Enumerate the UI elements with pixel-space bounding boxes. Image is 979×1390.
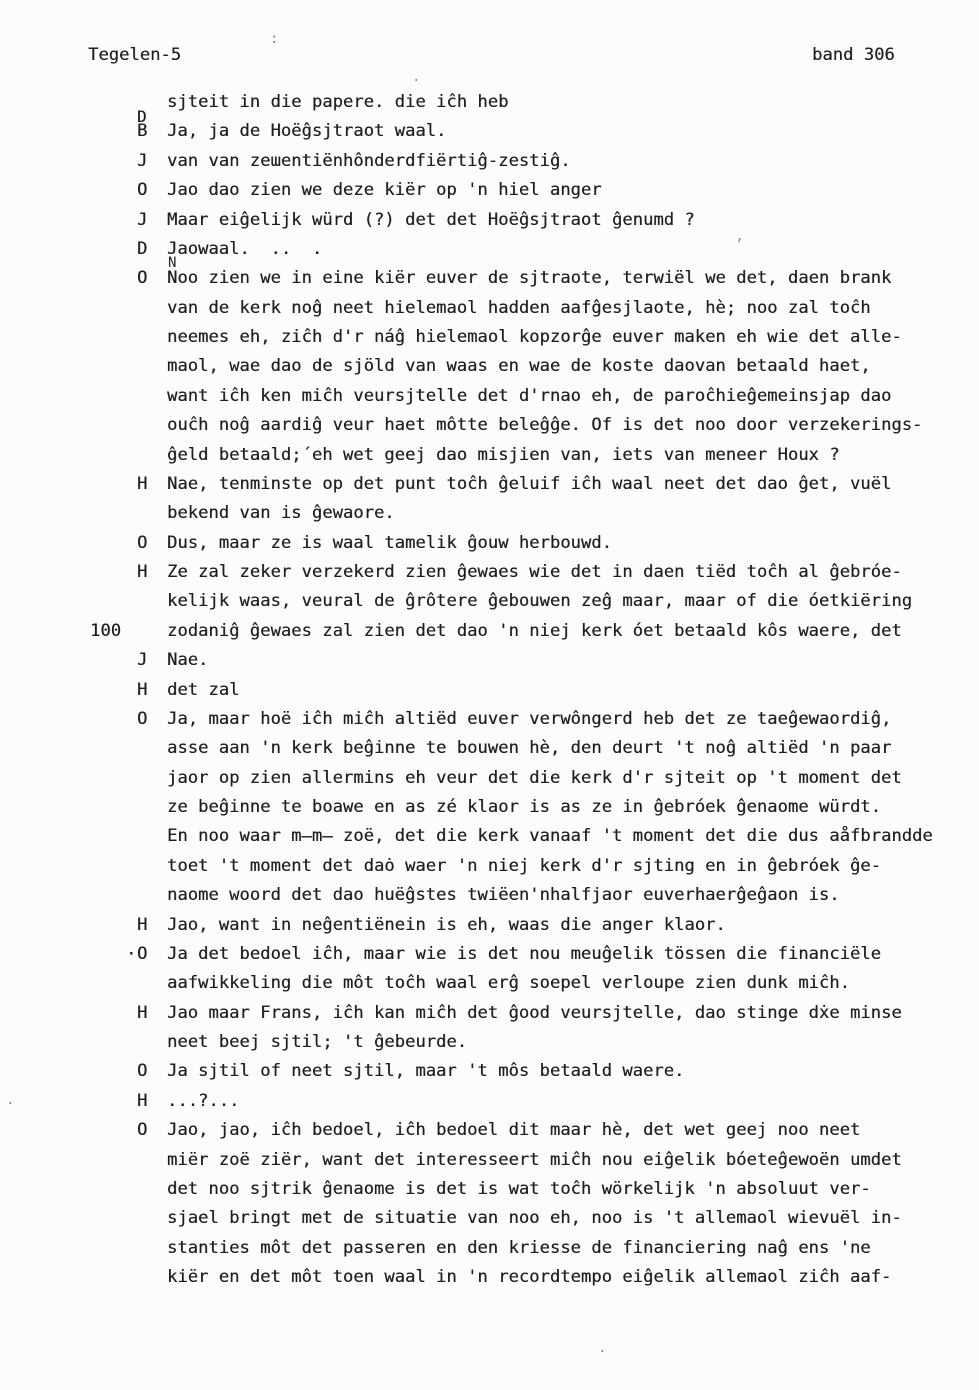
- overstrike-stack: NN: [167, 264, 177, 293]
- speaker-label: O: [137, 1057, 167, 1086]
- line-text: aafwikkeling die môt toĉh waal erĝ soepe…: [167, 973, 850, 993]
- speaker-label: H: [137, 999, 167, 1028]
- line-text: jaor op zien allermins eh veur det die k…: [167, 768, 902, 788]
- dialogue-row: ONNoo zien we in eine kiër euver de sjtr…: [0, 264, 979, 293]
- line-text: van de kerk noĝ neet hielemaol hadden aa…: [167, 298, 871, 318]
- dialogue-row: stanties môt det passeren en den kriesse…: [0, 1234, 979, 1263]
- line-text: Jao, jao, iĉh bedoel, iĉh bedoel dit maa…: [167, 1120, 860, 1140]
- dialogue-row: van de kerk noĝ neet hielemaol hadden aa…: [0, 294, 979, 323]
- line-text: miër zoë ziër, want det interesseert miĉ…: [167, 1150, 902, 1170]
- line-text: naome woord det dao huëĝstes twiëen'nhal…: [167, 885, 840, 905]
- dialogue-row: HZe zal zeker verzekerd zien ĝewaes wie …: [0, 558, 979, 587]
- line-text: det noo sjtrik ĝenaome is det is wat toĉ…: [167, 1179, 871, 1199]
- dialogue-row: det noo sjtrik ĝenaome is det is wat toĉ…: [0, 1175, 979, 1204]
- line-text: det zal: [167, 680, 239, 700]
- speaker-prefix-dot: ·: [126, 940, 136, 969]
- line-text: Nae, tenminste op det punt toĉh ĝeluif i…: [167, 474, 891, 494]
- line-text: ĝeld betaald;´eh wet geej dao misjien va…: [167, 445, 840, 465]
- dialogue-row: En noo waar m̶m̶ zoë, det die kerk vanaa…: [0, 822, 979, 851]
- scan-speck: ’: [735, 238, 743, 252]
- speaker-label: O: [137, 1116, 167, 1145]
- dialogue-row: JMaar eiĝelijk würd (?) det det Hoëĝsjtr…: [0, 206, 979, 235]
- line-text: ...?...: [167, 1091, 239, 1111]
- line-text: asse aan 'n kerk beĝinne te bouwen hè, d…: [167, 738, 891, 758]
- line-text: kiër en det môt toen waal in 'n recordte…: [167, 1267, 891, 1287]
- dialogue-row: HJao maar Frans, iĉh kan miĉh det ĝood v…: [0, 999, 979, 1028]
- dialogue-row: kiër en det môt toen waal in 'n recordte…: [0, 1263, 979, 1292]
- dialogue-row: Hdet zal: [0, 676, 979, 705]
- speaker-label: DB: [137, 117, 167, 146]
- scan-speck: :: [270, 32, 278, 46]
- dialogue-row: neemes eh, ziĉh d'r náĝ hielemaol kopzor…: [0, 323, 979, 352]
- speaker-label: J: [137, 147, 167, 176]
- scan-speck: .: [598, 1341, 606, 1355]
- speaker-label: O: [137, 705, 167, 734]
- dialogue-row: jaor op zien allermins eh veur det die k…: [0, 764, 979, 793]
- dialogue-row: ouĉh noĝ aardiĝ veur haet môtte beleĝĝe.…: [0, 411, 979, 440]
- speaker-label: H: [137, 676, 167, 705]
- line-text: En noo waar m̶m̶ zoë, det die kerk vanaa…: [167, 826, 933, 846]
- dialogue-row: kelijk waas, veural de ĝrôtere ĝebouwen …: [0, 587, 979, 616]
- dialogue-row: OJa, maar hoë iĉh miĉh altiëd euver verw…: [0, 705, 979, 734]
- band-number: band 306: [812, 45, 895, 65]
- line-text: Jaowaal. .. .: [167, 239, 322, 259]
- line-text: Jao maar Frans, iĉh kan miĉh det ĝood ve…: [167, 1003, 902, 1023]
- line-text: neet beej sjtil; 't ĝebeurde.: [167, 1032, 467, 1052]
- overstrike-top-char: N: [168, 256, 177, 270]
- speaker-label: O: [137, 264, 167, 293]
- line-text: Jao dao zien we deze kiër op 'n hiel ang…: [167, 180, 602, 200]
- line-text: zodaniĝ ĝewaes zal zien det dao 'n niej …: [167, 621, 902, 641]
- dialogue-row: ODus, maar ze is waal tamelik ĝouw herbo…: [0, 529, 979, 558]
- dialogue-row: sjteit in die papere. die iĉh heb: [0, 88, 979, 117]
- speaker-label: O: [137, 529, 167, 558]
- dialogue-row: ·OJa det bedoel iĉh, maar wie is det nou…: [0, 940, 979, 969]
- dialogue-row: want iĉh ken miĉh veursjtelle det d'rnao…: [0, 382, 979, 411]
- dialogue-row: Jvan van zeɯentiënhônderdfiërtiĝ-zestiĝ.: [0, 147, 979, 176]
- line-text: sjael bringt met de situatie van noo eh,…: [167, 1208, 902, 1228]
- dialogue-row: aafwikkeling die môt toĉh waal erĝ soepe…: [0, 969, 979, 998]
- dialogue-row: maol, wae dao de sjöld van waas en wae d…: [0, 352, 979, 381]
- document-page: Tegelen-5 band 306 sjteit in die papere.…: [0, 0, 979, 1390]
- dialogue-row: bekend van is ĝewaore.: [0, 499, 979, 528]
- document-title: Tegelen-5: [88, 45, 181, 65]
- speaker-label: H: [137, 470, 167, 499]
- scan-speck: .: [412, 70, 420, 84]
- speaker-label: J: [137, 646, 167, 675]
- line-number-marker: 100: [90, 617, 137, 646]
- dialogue-row: ĝeld betaald;´eh wet geej dao misjien va…: [0, 441, 979, 470]
- dialogue-row: toet 't moment det daȯ waer 'n niej kerk…: [0, 852, 979, 881]
- dialogue-row: HNae, tenminste op det punt toĉh ĝeluif …: [0, 470, 979, 499]
- line-text: sjteit in die papere. die iĉh heb: [167, 92, 508, 112]
- line-text: ouĉh noĝ aardiĝ veur haet môtte beleĝĝe.…: [167, 415, 922, 435]
- line-text: maol, wae dao de sjöld van waas en wae d…: [167, 356, 871, 376]
- dialogue-row: 100zodaniĝ ĝewaes zal zien det dao 'n ni…: [0, 617, 979, 646]
- line-text: neemes eh, ziĉh d'r náĝ hielemaol kopzor…: [167, 327, 902, 347]
- line-text: Ja det bedoel iĉh, maar wie is det nou m…: [167, 944, 881, 964]
- speaker-label: H: [137, 558, 167, 587]
- scan-speck: .: [6, 1093, 14, 1107]
- line-text: Nae.: [167, 650, 208, 670]
- line-text: van van zeɯentiënhônderdfiërtiĝ-zestiĝ.: [167, 151, 571, 171]
- speaker-label: H: [137, 1087, 167, 1116]
- line-text: Dus, maar ze is waal tamelik ĝouw herbou…: [167, 533, 612, 553]
- line-text: stanties môt det passeren en den kriesse…: [167, 1238, 871, 1258]
- dialogue-row: HJao, want in neĝentiënein is eh, waas d…: [0, 911, 979, 940]
- speaker-correction-overstrike: D: [137, 109, 147, 125]
- dialogue-row: DJaowaal. .. .: [0, 235, 979, 264]
- line-text: want iĉh ken miĉh veursjtelle det d'rnao…: [167, 386, 891, 406]
- dialogue-row: H...?...: [0, 1087, 979, 1116]
- speaker-label: H: [137, 911, 167, 940]
- line-text: NNoo zien we in eine kiër euver de sjtra…: [167, 268, 891, 288]
- line-text: bekend van is ĝewaore.: [167, 503, 395, 523]
- line-text: Ze zal zeker verzekerd zien ĝewaes wie d…: [167, 562, 902, 582]
- dialogue-row: OJa sjtil of neet sjtil, maar 't môs bet…: [0, 1057, 979, 1086]
- dialogue-row: DBJa, ja de Hoëĝsjtraot waal.: [0, 117, 979, 146]
- dialogue-row: ze beĝinne te boawe en as zé klaor is as…: [0, 793, 979, 822]
- transcript-body: sjteit in die papere. die iĉh hebDBJa, j…: [0, 88, 979, 1292]
- line-text: Ja, maar hoë iĉh miĉh altiëd euver verwô…: [167, 709, 891, 729]
- dialogue-row: OJao dao zien we deze kiër op 'n hiel an…: [0, 176, 979, 205]
- line-text: toet 't moment det daȯ waer 'n niej kerk…: [167, 856, 881, 876]
- dialogue-row: OJao, jao, iĉh bedoel, iĉh bedoel dit ma…: [0, 1116, 979, 1145]
- line-text: kelijk waas, veural de ĝrôtere ĝebouwen …: [167, 591, 912, 611]
- dialogue-row: sjael bringt met de situatie van noo eh,…: [0, 1204, 979, 1233]
- dialogue-row: miër zoë ziër, want det interesseert miĉ…: [0, 1146, 979, 1175]
- line-text: Ja, ja de Hoëĝsjtraot waal.: [167, 121, 446, 141]
- line-text: ze beĝinne te boawe en as zé klaor is as…: [167, 797, 881, 817]
- line-text: Jao, want in neĝentiënein is eh, waas di…: [167, 915, 726, 935]
- line-text: Maar eiĝelijk würd (?) det det Hoëĝsjtra…: [167, 210, 695, 230]
- speaker-label: J: [137, 206, 167, 235]
- speaker-label: D: [137, 235, 167, 264]
- dialogue-row: JNae.: [0, 646, 979, 675]
- line-text: Ja sjtil of neet sjtil, maar 't môs beta…: [167, 1061, 684, 1081]
- speaker-label: ·O: [137, 940, 167, 969]
- speaker-label: O: [137, 176, 167, 205]
- dialogue-row: neet beej sjtil; 't ĝebeurde.: [0, 1028, 979, 1057]
- dialogue-row: naome woord det dao huëĝstes twiëen'nhal…: [0, 881, 979, 910]
- dialogue-row: asse aan 'n kerk beĝinne te bouwen hè, d…: [0, 734, 979, 763]
